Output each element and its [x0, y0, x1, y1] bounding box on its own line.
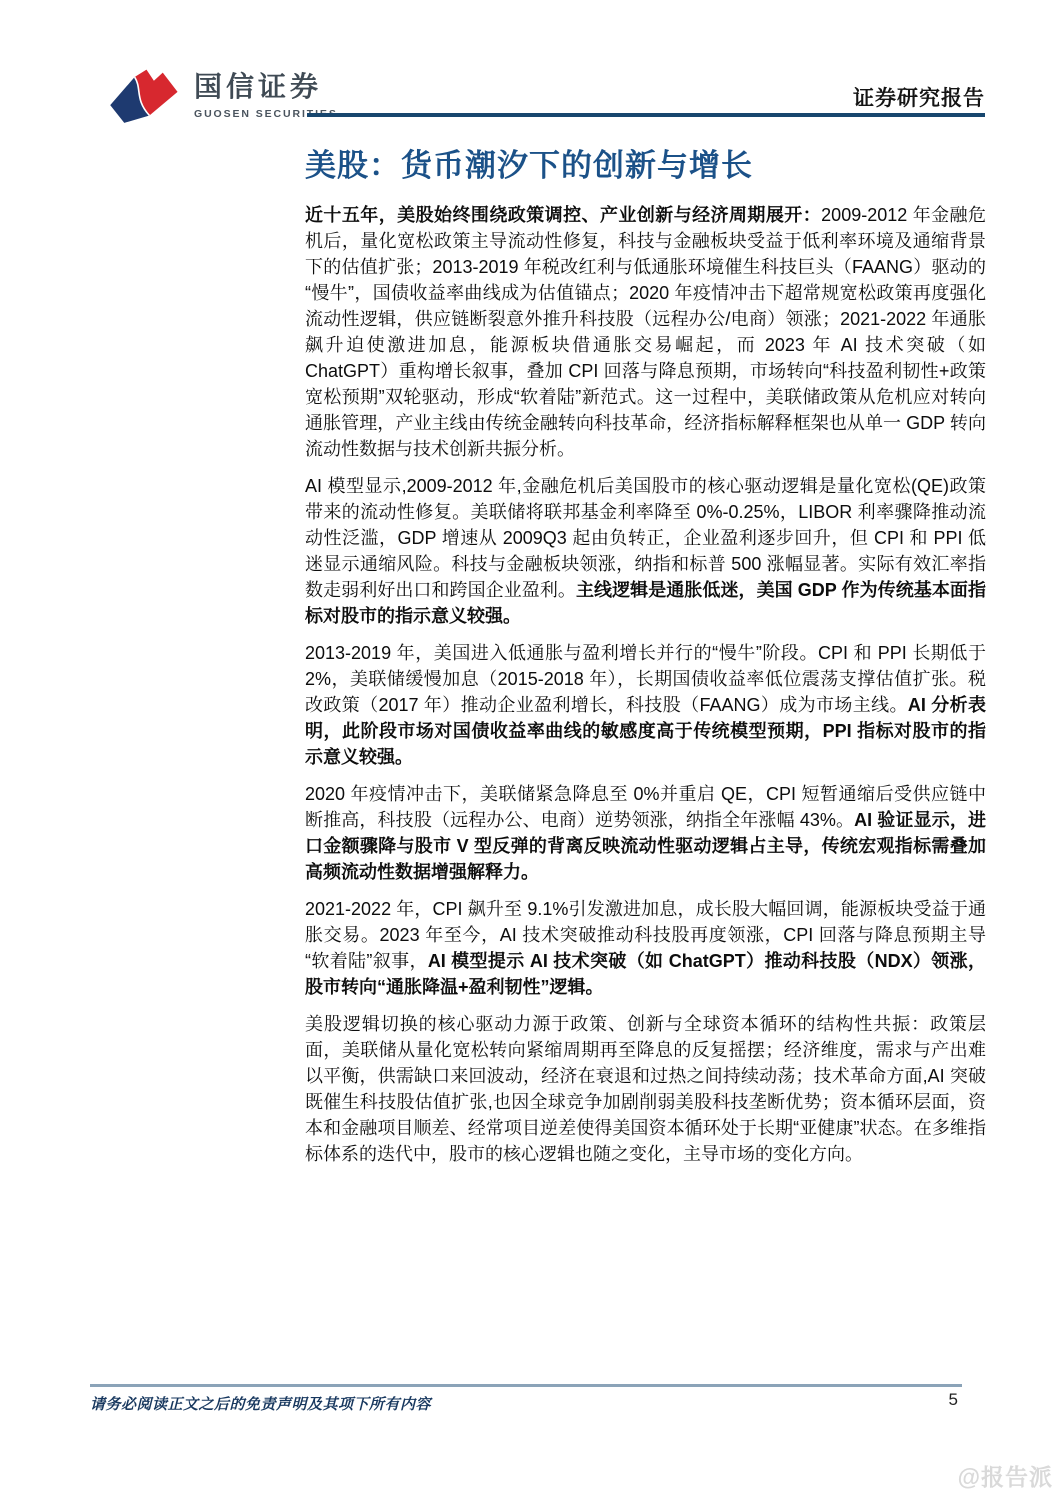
guosen-diamond-icon [108, 66, 182, 128]
report-type-label: 证券研究报告 [853, 82, 985, 112]
body-text: 美股逻辑切换的核心驱动力源于政策、创新与全球资本循环的结构性共振：政策层面，美联… [305, 1014, 986, 1164]
emphasis-text: 近十五年，美股始终围绕政策调控、产业创新与经济周期展开： [305, 205, 821, 225]
article-paragraph: 美股逻辑切换的核心驱动力源于政策、创新与全球资本循环的结构性共振：政策层面，美联… [305, 1011, 986, 1167]
body-text: 2013-2019 年，美国进入低通胀与盈利增长并行的“慢牛”阶段。CPI 和 … [305, 643, 986, 715]
article: 美股：货币潮汐下的创新与增长 近十五年，美股始终围绕政策调控、产业创新与经济周期… [305, 146, 986, 1178]
article-paragraph: 近十五年，美股始终围绕政策调控、产业创新与经济周期展开：2009-2012 年金… [305, 202, 986, 462]
footer-disclaimer: 请务必阅读正文之后的免责声明及其项下所有内容 [90, 1393, 431, 1414]
article-paragraph: 2013-2019 年，美国进入低通胀与盈利增长并行的“慢牛”阶段。CPI 和 … [305, 640, 986, 770]
footer-divider [90, 1384, 962, 1387]
article-paragraph: 2020 年疫情冲击下，美联储紧急降息至 0%并重启 QE，CPI 短暂通缩后受… [305, 781, 986, 885]
watermark-text: @报告派 [958, 1459, 1053, 1492]
body-text: 2009-2012 年金融危机后，量化宽松政策主导流动性修复，科技与金融板块受益… [305, 205, 986, 459]
guosen-logo: 国信证券 GUOSEN SECURITIES [108, 66, 338, 128]
report-page: 国信证券 GUOSEN SECURITIES 证券研究报告 美股：货币潮汐下的创… [0, 0, 1061, 1500]
logo-cn-text: 国信证券 [194, 72, 338, 103]
article-paragraph: AI 模型显示,2009-2012 年,金融危机后美国股市的核心驱动逻辑是量化宽… [305, 473, 986, 629]
article-paragraph: 2021-2022 年，CPI 飙升至 9.1%引发激进加息，成长股大幅回调，能… [305, 896, 986, 1000]
page-number: 5 [949, 1390, 958, 1410]
article-title: 美股：货币潮汐下的创新与增长 [305, 146, 986, 186]
header-divider [307, 113, 985, 117]
